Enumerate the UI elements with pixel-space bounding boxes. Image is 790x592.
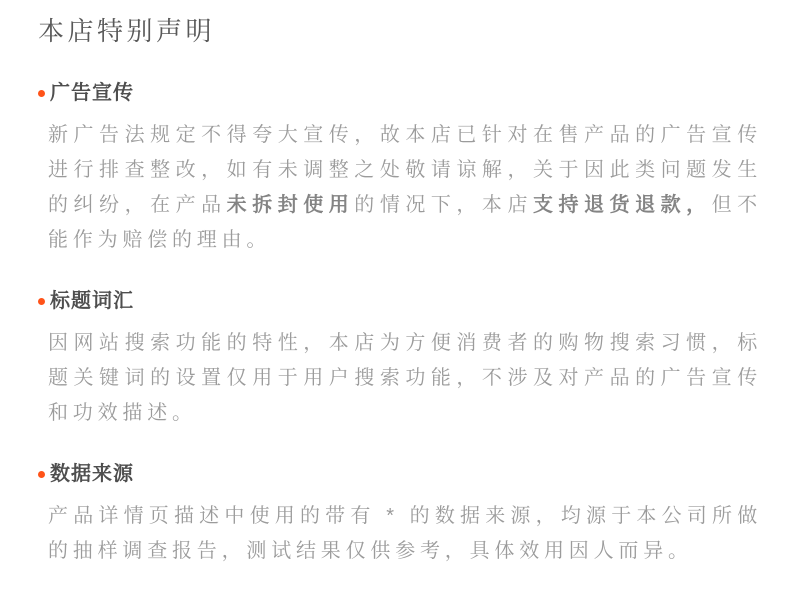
bullet-icon bbox=[38, 298, 45, 305]
statement-section: 数据来源 产品详情页描述中使用的带有 * 的数据来源，均源于本公司所做的抽样调查… bbox=[38, 461, 762, 569]
section-paragraph: 新广告法规定不得夸大宣传，故本店已针对在售产品的广告宣传进行排查整改，如有未调整… bbox=[48, 118, 762, 258]
body-text: 的情况下，本店 bbox=[354, 194, 533, 216]
section-paragraph: 因网站搜索功能的特性，本店为方便消费者的购物搜索习惯，标题关键词的设置仅用于用户… bbox=[48, 326, 762, 431]
bullet-icon bbox=[38, 90, 45, 97]
section-heading: 广告宣传 bbox=[38, 80, 762, 106]
section-heading: 数据来源 bbox=[38, 461, 762, 487]
body-text: 产品详情页描述中使用的带有 * 的数据来源，均源于本公司所做的抽样调查报告，测试… bbox=[48, 505, 762, 562]
section-heading-text: 广告宣传 bbox=[50, 80, 134, 106]
section-heading-text: 数据来源 bbox=[50, 461, 134, 487]
section-paragraph: 产品详情页描述中使用的带有 * 的数据来源，均源于本公司所做的抽样调查报告，测试… bbox=[48, 499, 762, 569]
section-heading: 标题词汇 bbox=[38, 288, 762, 314]
statement-section: 广告宣传 新广告法规定不得夸大宣传，故本店已针对在售产品的广告宣传进行排查整改，… bbox=[38, 80, 762, 258]
emphasis-text: 未拆封使用 bbox=[227, 194, 355, 216]
statement-page: 本店特别声明 广告宣传 新广告法规定不得夸大宣传，故本店已针对在售产品的广告宣传… bbox=[0, 0, 790, 592]
section-heading-text: 标题词汇 bbox=[50, 288, 134, 314]
bullet-icon bbox=[38, 471, 45, 478]
emphasis-text: 支持退货退款， bbox=[533, 194, 712, 216]
page-title: 本店特别声明 bbox=[38, 12, 762, 50]
sections-container: 广告宣传 新广告法规定不得夸大宣传，故本店已针对在售产品的广告宣传进行排查整改，… bbox=[38, 80, 762, 569]
statement-section: 标题词汇 因网站搜索功能的特性，本店为方便消费者的购物搜索习惯，标题关键词的设置… bbox=[38, 288, 762, 431]
body-text: 因网站搜索功能的特性，本店为方便消费者的购物搜索习惯，标题关键词的设置仅用于用户… bbox=[48, 332, 762, 424]
